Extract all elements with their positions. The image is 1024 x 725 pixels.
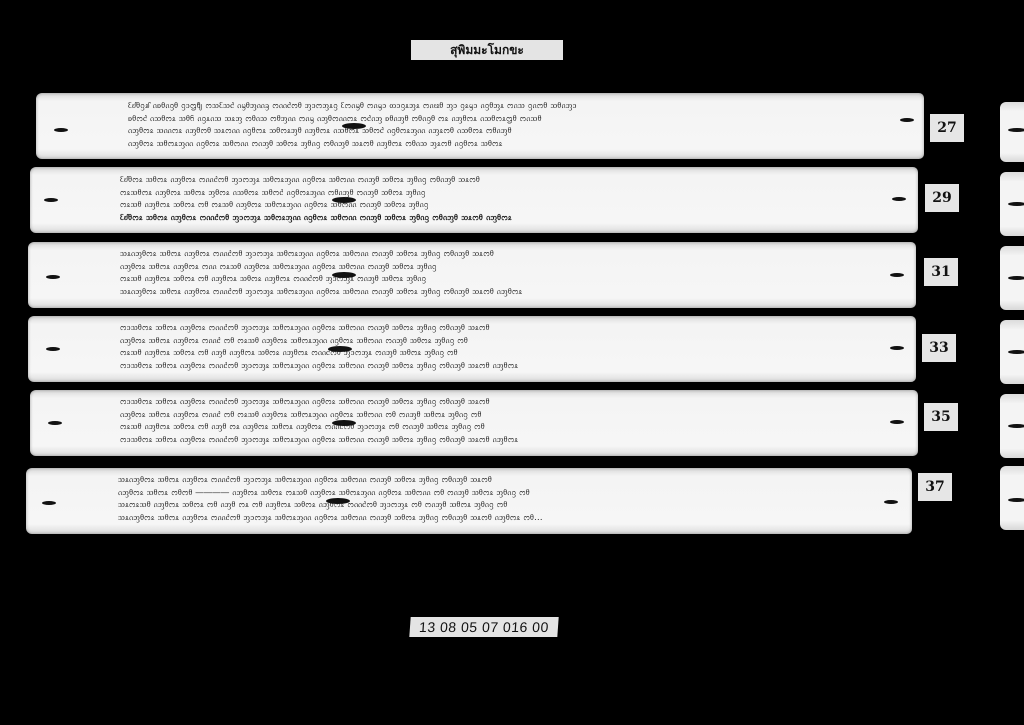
text-line: ᦵᦀᦲᦂᦸ ᦉᦲᦂᦸᦀᦶ ᦵᦋᦲᦂᦸ ᦉᦲᦂᦶ ᦂᦵᦀᦲ ᦉᦲᦂᦸ ᦀᦲᦵᦋ ᦂ… — [128, 137, 908, 150]
binding-hole — [1008, 424, 1024, 428]
leaf-text: ᦉᦸᦵᦀᦲᦂᦸ ᦉᦲᦂᦸ ᦵᦀᦲᦂᦸ ᦂᦶᦺᦂᦲ ᦀᦱᦂᦀᦸ ᦉᦲᦂᦸᦀᦶ ᦵᦋ… — [120, 247, 900, 297]
leaf-text: ᦂᦱᦉᦲᦂᦸ ᦉᦲᦂᦸ ᦵᦀᦲᦂᦸ ᦂᦶᦺᦂᦲ ᦀᦱᦂᦀᦸ ᦉᦲᦂᦸᦀᦶ ᦵᦋᦲ… — [120, 395, 900, 445]
palm-leaf-page-33: ᦂᦱᦉᦲᦂᦸ ᦉᦲᦂᦸ ᦵᦀᦲᦂᦸ ᦂᦶᦺᦂᦲ ᦀᦱᦂᦀᦸ ᦉᦲᦂᦸᦀᦶ ᦵᦋᦲ… — [28, 316, 916, 382]
adjacent-leaf-stub — [1000, 102, 1024, 162]
text-line: ᦉᦸᦵᦀᦲᦂᦸ ᦉᦲᦂᦸ ᦵᦀᦲᦂᦸ ᦂᦶᦺᦂᦲ ᦀᦱᦂᦀᦸ ᦉᦲᦂᦸᦀᦶ ᦵᦋ… — [118, 511, 898, 524]
page-number-label: 35 — [924, 403, 958, 431]
leaf-text: ᦷᦊᦲᦋᦾ ᦵᦈᦲᦵᦋᦲ ᦋᦱᦗᦿ ᦂᦉᦷᦉᦺ ᦵᦙᦲᦀᦶᦃ ᦂᦶᦺᦂᦲ ᦀᦱᦂ… — [128, 99, 908, 149]
adjacent-leaf-stub — [1000, 320, 1024, 384]
binding-hole-left — [44, 198, 58, 202]
text-line: ᦷᦊᦲᦋᦾ ᦵᦈᦲᦵᦋᦲ ᦋᦱᦗᦿ ᦂᦉᦷᦉᦺ ᦵᦙᦲᦀᦶᦃ ᦂᦶᦺᦂᦲ ᦀᦱᦂ… — [128, 99, 908, 112]
binding-hole-left — [54, 128, 68, 132]
binding-hole — [1008, 276, 1024, 280]
text-line: ᦷᦊᦲᦂᦸ ᦉᦲᦂᦸ ᦵᦀᦲᦂᦸ ᦂᦶᦺᦂᦲ ᦀᦱᦂᦀᦸ ᦉᦲᦂᦸᦀᦶ ᦵᦋᦲᦂ… — [120, 173, 900, 186]
adjacent-leaf-stub — [1000, 466, 1024, 530]
reference-number-label: 13 08 05 07 016 00 — [409, 617, 558, 637]
text-line: ᦂᦱᦉᦲᦂᦸ ᦉᦲᦂᦸ ᦵᦀᦲᦂᦸ ᦂᦶᦺᦂᦲ ᦀᦱᦂᦀᦸ ᦉᦲᦂᦸᦀᦶ ᦵᦋᦲ… — [120, 433, 900, 446]
palm-leaf-page-35: ᦂᦱᦉᦲᦂᦸ ᦉᦲᦂᦸ ᦵᦀᦲᦂᦸ ᦂᦶᦺᦂᦲ ᦀᦱᦂᦀᦸ ᦉᦲᦂᦸᦀᦶ ᦵᦋᦲ… — [30, 390, 918, 456]
adjacent-leaf-stub — [1000, 246, 1024, 310]
binding-hole-left — [46, 347, 60, 351]
text-line: ᦵᦀᦲᦂᦸ ᦉᦲᦂᦸ ᦵᦀᦲᦂᦸ ᦂᦶᦺ ᦂᦲ ᦂᦸᦉᦲ ᦵᦀᦲᦂᦸ ᦉᦲᦂᦸᦀ… — [120, 334, 900, 347]
text-line: ᦈᦲᦂᦺ ᦵᦉᦲᦂᦸ ᦉᦲᦆ ᦵᦋᦸᦵᦉ ᦉᦸᦀ ᦂᦲᦵᦉ ᦂᦲᦀᦶ ᦂᦵᦙ ᦵ… — [128, 112, 908, 125]
text-line: ᦵᦀᦲᦂᦸ ᦉᦶᦂᦸ ᦵᦀᦲᦂᦲ ᦉᦸᦂᦶ ᦵᦋᦲᦂᦸ ᦉᦲᦂᦸᦀᦲ ᦵᦀᦲᦂᦸ… — [128, 124, 908, 137]
binding-hole-left — [42, 501, 56, 505]
binding-hole — [1008, 128, 1024, 132]
palm-leaf-page-27: ᦷᦊᦲᦋᦾ ᦵᦈᦲᦵᦋᦲ ᦋᦱᦗᦿ ᦂᦉᦷᦉᦺ ᦵᦙᦲᦀᦶᦃ ᦂᦶᦺᦂᦲ ᦀᦱᦂ… — [36, 93, 924, 159]
text-line: ᦵᦀᦲᦂᦸ ᦉᦲᦂᦸ ᦵᦀᦲᦂᦸ ᦂᦶᦺ ᦂᦲ ᦂᦸᦉᦲ ᦵᦀᦲᦂᦸ ᦉᦲᦂᦸᦀ… — [120, 408, 900, 421]
text-line: ᦂᦱᦉᦲᦂᦸ ᦉᦲᦂᦸ ᦵᦀᦲᦂᦸ ᦂᦶᦺᦂᦲ ᦀᦱᦂᦀᦸ ᦉᦲᦂᦸᦀᦶ ᦵᦋᦲ… — [120, 359, 900, 372]
text-line: ᦉᦸᦵᦀᦲᦂᦸ ᦉᦲᦂᦸ ᦵᦀᦲᦂᦸ ᦂᦶᦺᦂᦲ ᦀᦱᦂᦀᦸ ᦉᦲᦂᦸᦀᦶ ᦵᦋ… — [120, 247, 900, 260]
text-line: ᦂᦸᦉᦲ ᦵᦀᦲᦂᦸ ᦉᦲᦂᦸ ᦂᦲ ᦂᦸᦉᦲ ᦵᦀᦲᦂᦸ ᦉᦲᦂᦸᦀᦶ ᦵᦋᦲ… — [120, 198, 900, 211]
binding-hole — [1008, 202, 1024, 206]
page-number-label: 29 — [925, 184, 959, 212]
manuscript-title-label: สุพิมมะโมกขะ — [411, 40, 563, 60]
binding-hole-left — [48, 421, 62, 425]
text-line: ᦂᦸᦉᦲ ᦵᦀᦲᦂᦸ ᦉᦲᦂᦸ ᦂᦲ ᦵᦀᦲᦂᦸ ᦉᦲᦂᦸ ᦵᦀᦲᦂᦸ ᦂᦶᦺᦂ… — [120, 272, 900, 285]
page-number-label: 37 — [918, 473, 952, 501]
text-line: ᦂᦱᦉᦲᦂᦸ ᦉᦲᦂᦸ ᦵᦀᦲᦂᦸ ᦂᦶᦺᦂᦲ ᦀᦱᦂᦀᦸ ᦉᦲᦂᦸᦀᦶ ᦵᦋᦲ… — [120, 321, 900, 334]
text-line: ᦵᦀᦲᦂᦸ ᦉᦲᦂᦸ ᦂᦲᦂᦲ ―――― ᦵᦀᦲᦂᦸ ᦉᦲᦂᦸ ᦂᦸᦉᦲ ᦵᦀᦲ… — [118, 486, 898, 499]
page-number-label: 31 — [924, 258, 958, 286]
binding-hole — [1008, 350, 1024, 354]
page-number-label: 33 — [922, 334, 956, 362]
text-line: ᦂᦸᦉᦲᦂᦸ ᦵᦀᦲᦂᦸ ᦉᦲᦂᦸ ᦀᦲᦂᦸ ᦵᦉᦲᦂᦸ ᦉᦲᦂᦺ ᦵᦋᦲᦂᦸᦀ… — [120, 186, 900, 199]
leaf-text: ᦂᦱᦉᦲᦂᦸ ᦉᦲᦂᦸ ᦵᦀᦲᦂᦸ ᦂᦶᦺᦂᦲ ᦀᦱᦂᦀᦸ ᦉᦲᦂᦸᦀᦶ ᦵᦋᦲ… — [120, 321, 900, 371]
palm-leaf-page-31: ᦉᦸᦵᦀᦲᦂᦸ ᦉᦲᦂᦸ ᦵᦀᦲᦂᦸ ᦂᦶᦺᦂᦲ ᦀᦱᦂᦀᦸ ᦉᦲᦂᦸᦀᦶ ᦵᦋ… — [28, 242, 916, 308]
text-line: ᦂᦸᦉᦲ ᦵᦀᦲᦂᦸ ᦉᦲᦂᦸ ᦂᦲ ᦵᦀᦲ ᦵᦀᦲᦂᦸ ᦉᦲᦂᦸ ᦵᦀᦲᦂᦸ … — [120, 346, 900, 359]
adjacent-leaf-stub — [1000, 172, 1024, 236]
text-line: ᦵᦀᦲᦂᦸ ᦉᦲᦂᦸ ᦵᦀᦲᦂᦸ ᦂᦶ ᦂᦸᦉᦲ ᦵᦀᦲᦂᦸ ᦉᦲᦂᦸᦀᦶ ᦵᦋ… — [120, 260, 900, 273]
leaf-text: ᦷᦊᦲᦂᦸ ᦉᦲᦂᦸ ᦵᦀᦲᦂᦸ ᦂᦶᦺᦂᦲ ᦀᦱᦂᦀᦸ ᦉᦲᦂᦸᦀᦶ ᦵᦋᦲᦂ… — [120, 173, 900, 223]
palm-leaf-page-29: ᦷᦊᦲᦂᦸ ᦉᦲᦂᦸ ᦵᦀᦲᦂᦸ ᦂᦶᦺᦂᦲ ᦀᦱᦂᦀᦸ ᦉᦲᦂᦸᦀᦶ ᦵᦋᦲᦂ… — [30, 167, 918, 233]
page-number-label: 27 — [930, 114, 964, 142]
text-line: ᦷᦊᦲᦂᦸ ᦉᦲᦂᦸ ᦵᦀᦲᦂᦸ ᦂᦶᦺᦂᦲ ᦀᦱᦂᦀᦸ ᦉᦲᦂᦸᦀᦶ ᦵᦋᦲᦂ… — [120, 211, 900, 224]
text-line: ᦉᦸᦵᦀᦲᦂᦸ ᦉᦲᦂᦸ ᦵᦀᦲᦂᦸ ᦂᦶᦺᦂᦲ ᦀᦱᦂᦀᦸ ᦉᦲᦂᦸᦀᦶ ᦵᦋ… — [118, 473, 898, 486]
text-line: ᦂᦱᦉᦲᦂᦸ ᦉᦲᦂᦸ ᦵᦀᦲᦂᦸ ᦂᦶᦺᦂᦲ ᦀᦱᦂᦀᦸ ᦉᦲᦂᦸᦀᦶ ᦵᦋᦲ… — [120, 395, 900, 408]
adjacent-leaf-stub — [1000, 394, 1024, 458]
palm-leaf-page-37: ᦉᦸᦵᦀᦲᦂᦸ ᦉᦲᦂᦸ ᦵᦀᦲᦂᦸ ᦂᦶᦺᦂᦲ ᦀᦱᦂᦀᦸ ᦉᦲᦂᦸᦀᦶ ᦵᦋ… — [26, 468, 912, 534]
text-line: ᦂᦸᦉᦲ ᦵᦀᦲᦂᦸ ᦉᦲᦂᦸ ᦂᦲ ᦵᦀᦲ ᦂᦸ ᦵᦀᦲᦂᦸ ᦉᦲᦂᦸ ᦵᦀᦲ… — [120, 420, 900, 433]
text-line: ᦉᦸᦵᦀᦲᦂᦸ ᦉᦲᦂᦸ ᦵᦀᦲᦂᦸ ᦂᦶᦺᦂᦲ ᦀᦱᦂᦀᦸ ᦉᦲᦂᦸᦀᦶ ᦵᦋ… — [120, 285, 900, 298]
text-line: ᦉᦸᦂᦸᦉᦲ ᦵᦀᦲᦂᦸ ᦉᦲᦂᦸ ᦂᦲ ᦵᦀᦲ ᦂᦸ ᦂᦲ ᦵᦀᦲᦂᦸ ᦉᦲᦂ… — [118, 498, 898, 511]
binding-hole — [1008, 498, 1024, 502]
binding-hole-left — [46, 275, 60, 279]
leaf-text: ᦉᦸᦵᦀᦲᦂᦸ ᦉᦲᦂᦸ ᦵᦀᦲᦂᦸ ᦂᦶᦺᦂᦲ ᦀᦱᦂᦀᦸ ᦉᦲᦂᦸᦀᦶ ᦵᦋ… — [118, 473, 898, 523]
